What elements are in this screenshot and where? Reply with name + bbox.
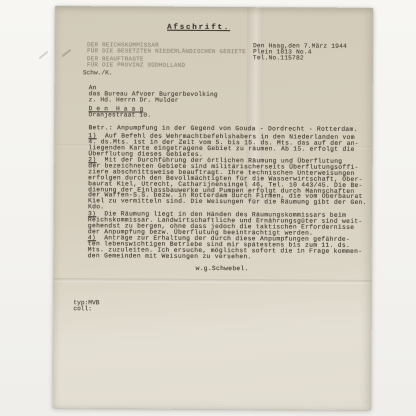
body-paragraph: 2) Mit der Durchführung der örtlichen Rä… [88,158,370,212]
recipient-street: Oranjestraat 10. [89,112,152,118]
paragraph-text: Anträge zur Erhaltung der durch diese An… [88,235,363,260]
signature: w.g.Schwebel. [196,265,249,272]
date-address-block: Den Haag,den 7.März 1944 Plein 1813 No.4… [253,43,347,62]
letterhead-line: FÜR DIE BESETZTEN NIEDERLÄNDISCHEN GEBIE… [87,48,246,55]
pencil-mark [39,51,49,60]
letterhead-line: FÜR DIE PROVINZ SÜDHOLLAND [87,62,246,69]
body-paragraph: 1) Auf Befehl des Wehrmachtbefehlshabers… [88,133,370,158]
paragraph-text: Mit der Durchführung der örtlichen Räumu… [88,157,367,211]
horizontal-fold-crease-lower [54,278,372,284]
body-paragraph: 4) Anträge zur Erhaltung der durch diese… [88,236,370,261]
address-line: z. Hd. Herrn Dr. Mulder [89,97,218,104]
margin-mark [61,49,71,57]
document-title: Afschrift. [167,24,230,32]
recipient-address: An das Bureau Afvoer Burgerbevolking z. … [89,85,218,104]
recipient-city-block: D e n H a a g Oranjestraat 10. [89,106,152,118]
collation-line: coll: [73,306,99,312]
document-paper: Afschrift. DER REICHSKOMMISSAR FÜR DIE B… [53,6,373,410]
letterhead: DER REICHSKOMMISSAR FÜR DIE BESETZTEN NI… [87,42,246,69]
typist-block: typ:MVB coll: [73,300,99,312]
body-paragraph: 3) Die Räumung liegt in den Händen des R… [88,211,370,236]
sender-phone: Tel.No.115782 [253,55,347,62]
paragraph-text: Auf Befehl des Wehrmachtbefehlshabers in… [88,132,359,157]
photo-background: Afschrift. DER REICHSKOMMISSAR FÜR DIE B… [0,0,416,416]
reference-code: Schw./K. [83,69,113,76]
paragraph-text: Die Räumung liegt in den Händen des Räum… [88,210,363,236]
letter-body: 1) Auf Befehl des Wehrmachtbefehlshabers… [88,133,371,261]
